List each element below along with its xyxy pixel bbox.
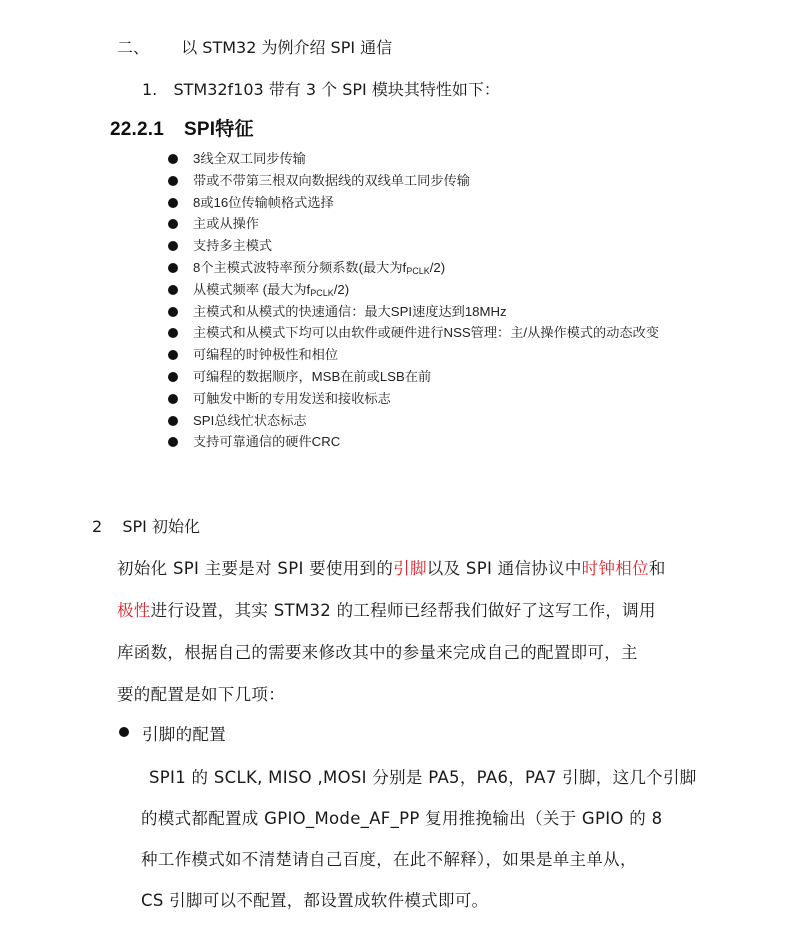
feature-item: 支持可靠通信的硬件CRC [166,431,659,453]
feature-item: 主模式和从模式下均可以由软件或硬件进行NSS管理：主/从操作模式的动态改变 [166,322,659,344]
feature-item: 8或16位传输帧格式选择 [166,192,659,214]
feature-item: 3线全双工同步传输 [166,148,659,170]
feature-list: 3线全双工同步传输 带或不带第三根双向数据线的双线单工同步传输 8或16位传输帧… [166,148,659,453]
paragraph-line: 极性进行设置，其实 STM32 的工程师已经帮我们做好了这写工作，调用 [117,597,656,621]
subsection-heading-2: 2 SPI 初始化 [92,514,200,537]
bullet-icon [168,394,178,404]
feature-item: 可编程的数据顺序，MSB在前或LSB在前 [166,366,659,388]
figure-heading-title: SPI特征 [184,119,254,140]
figure-heading: 22.2.1SPI特征 [110,114,254,141]
subsection-title: SPI 初始化 [122,517,200,536]
subsection-number: 1. [142,80,157,99]
highlight-text: 时钟相位 [582,559,649,578]
feature-item: 主模式和从模式的快速通信：最大SPI速度达到18MHz [166,301,659,323]
section-number: 二、 [117,38,149,57]
bullet-icon [168,416,178,426]
bullet-icon [168,154,178,164]
bullet-icon [168,350,178,360]
bullet-icon [168,198,178,208]
subsection-heading-1: 1. STM32f103 带有 3 个 SPI 模块其特性如下： [142,77,500,100]
bullet-icon [168,328,178,338]
feature-item: 带或不带第三根双向数据线的双线单工同步传输 [166,170,659,192]
bullet-icon [168,307,178,317]
bullet-line: 的模式都配置成 GPIO_Mode_AF_PP 复用推挽输出（关于 GPIO 的… [141,805,662,829]
section-title: 以 STM32 为例介绍 SPI 通信 [181,38,392,57]
bullet-icon [168,372,178,382]
feature-item: 支持多主模式 [166,235,659,257]
feature-item: 可编程的时钟极性和相位 [166,344,659,366]
spi-features-figure: 22.2.1SPI特征 3线全双工同步传输 带或不带第三根双向数据线的双线单工同… [108,112,708,457]
bullet-line: CS 引脚可以不配置，都设置成软件模式即可。 [141,887,488,911]
subsection-title: STM32f103 带有 3 个 SPI 模块其特性如下： [173,80,499,99]
bullet-icon [168,176,178,186]
bullet-icon [119,727,129,737]
bullet-icon [168,285,178,295]
feature-item: 从模式频率 (最大为fPCLK/2) [166,279,659,301]
paragraph-line: 库函数，根据自己的需要来修改其中的参量来完成自己的配置即可，主 [117,639,638,663]
highlight-text: 极性 [117,601,151,620]
feature-item: SPI总线忙状态标志 [166,410,659,432]
bullet-icon [168,241,178,251]
section-heading: 二、 以 STM32 为例介绍 SPI 通信 [117,35,392,58]
bullet-icon [168,437,178,447]
paragraph-line: 要的配置是如下几项： [117,681,285,705]
bullet-label: 引脚的配置 [142,721,226,745]
figure-heading-number: 22.2.1 [110,119,164,140]
bullet-icon [168,263,178,273]
feature-item: 8个主模式波特率预分频系数(最大为fPCLK/2) [166,257,659,279]
subsection-number: 2 [92,517,102,536]
bullet-line: SPI1 的 SCLK, MISO ,MOSI 分别是 PA5，PA6，PA7 … [149,764,697,788]
bullet-line: 种工作模式如不清楚请自己百度，在此不解释），如果是单主单从， [141,846,637,870]
highlight-text: 引脚 [393,559,427,578]
feature-item: 可触发中断的专用发送和接收标志 [166,388,659,410]
bullet-icon [168,219,178,229]
feature-item: 主或从操作 [166,213,659,235]
paragraph-line: 初始化 SPI 主要是对 SPI 要使用到的引脚以及 SPI 通信协议中时钟相位… [117,555,666,579]
